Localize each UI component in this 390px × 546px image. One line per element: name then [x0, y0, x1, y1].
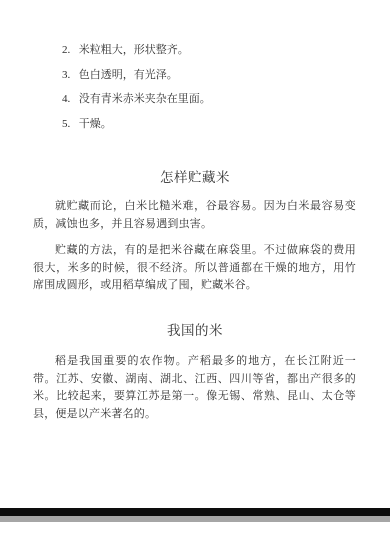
list-item-number: 5. — [62, 118, 76, 130]
document-page: 2. 米粒粗大，形状整齐。 3. 色白透明，有光泽。 4. 没有青米赤米夹杂在里… — [0, 0, 390, 546]
list-item: 2. 米粒粗大，形状整齐。 — [62, 44, 211, 69]
list-item: 3. 色白透明，有光泽。 — [62, 69, 211, 94]
list-item-number: 2. — [62, 44, 76, 56]
list-item-text: 干燥。 — [79, 118, 112, 130]
rice-quality-list: 2. 米粒粗大，形状整齐。 3. 色白透明，有光泽。 4. 没有青米赤米夹杂在里… — [62, 44, 211, 142]
paragraph-storage-methods: 贮藏的方法，有的是把米谷藏在麻袋里。不过做麻袋的费用很大，米多的时候，很不经济。… — [33, 242, 356, 295]
section-heading-how-to-store-rice: 怎样贮藏米 — [0, 169, 390, 187]
page-bottom-edge-black — [0, 508, 390, 516]
list-item: 5. 干燥。 — [62, 118, 211, 143]
paragraph-rice-regions: 稻是我国重要的农作物。产稻最多的地方，在长江附近一带。江苏、安徽、湖南、湖北、江… — [33, 353, 356, 423]
page-bottom-edge-shadow — [0, 516, 390, 522]
list-item-text: 没有青米赤米夹杂在里面。 — [79, 93, 211, 105]
paragraph-storage-difficulty: 就贮藏而论，白米比糙米难，谷最容易。因为白米最容易变质，减蚀也多，并且容易遇到虫… — [33, 198, 356, 233]
section-heading-our-countrys-rice: 我国的米 — [0, 322, 390, 340]
list-item-text: 米粒粗大，形状整齐。 — [79, 44, 189, 56]
list-item: 4. 没有青米赤米夹杂在里面。 — [62, 93, 211, 118]
list-item-number: 4. — [62, 93, 76, 105]
list-item-text: 色白透明，有光泽。 — [79, 69, 178, 81]
list-item-number: 3. — [62, 69, 76, 81]
